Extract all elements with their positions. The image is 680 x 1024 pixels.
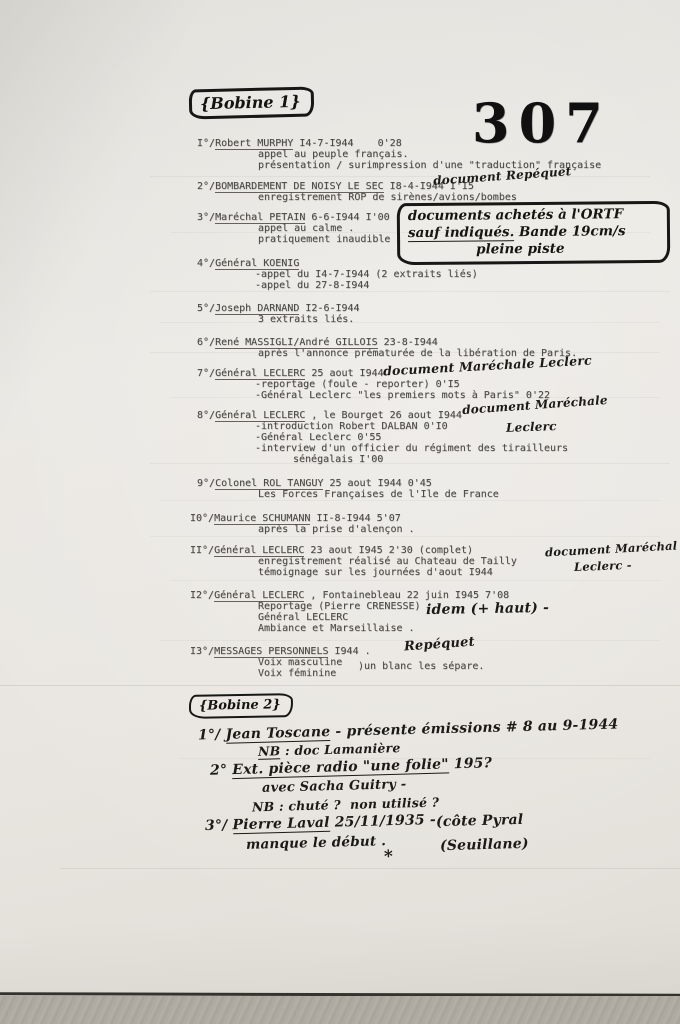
reel2-handwritten-line-7: manque le début .	[246, 833, 387, 853]
item-detail-line: enregistrement ROP de sirènes/avions/bom…	[197, 192, 517, 203]
item-rest: 23 aout I945 2'30 (complet)	[304, 545, 473, 556]
hw-text: 3°/	[205, 817, 233, 834]
hw-text: - présente émissions # 8 au 9-1944	[330, 717, 618, 741]
note-box-line: sauf indiqués. Bande 19cm/s	[408, 223, 662, 242]
hw-underlined-text: Pierre Laval	[232, 815, 330, 835]
scan-streak	[0, 685, 680, 686]
handwritten-note-box: documents achetés à l'ORTFsauf indiqués.…	[397, 201, 671, 265]
item-rest: , le Bourget 26 aout I944	[305, 410, 462, 421]
item-detail-line: -appel du 27-8-I944	[197, 280, 478, 291]
reel2-handwritten-line-6: 3°/ Pierre Laval 25/11/1935 -	[205, 812, 436, 834]
item-title-line: I0°/Maurice SCHUMANN II-8-I944 5'07	[190, 513, 415, 524]
item-title-line: 5°/Joseph DARNAND I2-6-I944	[197, 303, 360, 314]
scanned-document-page: {Bobine 1} 307 I°/Robert MURPHY I4-7-I94…	[0, 0, 680, 1024]
item-title-line: I°/Robert MURPHY I4-7-I944 0'28	[197, 138, 601, 149]
hw-underlined-text: Ext. pièce radio "une folie"	[232, 756, 449, 779]
item-detail-line: appel au peuple français.	[197, 149, 601, 160]
reel2-handwritten-line-10: (Seuillane)	[440, 836, 529, 854]
scan-streak	[160, 500, 660, 501]
item-title-line: 6°/René MASSIGLI/André GILLOIS 23-8-I944	[197, 337, 577, 348]
handwritten-annotation-4: Leclerc	[506, 419, 557, 435]
reel2-handwritten-line-9: (côte Pyral	[436, 812, 524, 830]
handwritten-annotation-6: Leclerc -	[574, 558, 632, 574]
item-rest: 25 aout I944	[305, 368, 383, 379]
item-detail-line: 3 extraits liés.	[197, 314, 360, 325]
item-rest: 23-8-I944	[378, 337, 438, 348]
handwritten-annotation-7: idem (+ haut) -	[426, 600, 549, 618]
item-detail-line: -Général Leclerc "les premiers mots à Pa…	[197, 390, 550, 401]
typed-item-14: )un blanc les sépare.	[358, 661, 484, 672]
item-detail-line: Voix masculine	[190, 657, 371, 668]
note-text: pleine piste	[476, 241, 565, 258]
item-rest: II-8-I944 5'07	[310, 513, 400, 524]
reel-2-label-box: {Bobine 2}	[189, 693, 293, 719]
item-title-line: 3°/Maréchal PETAIN 6-6-I944 I'00	[197, 212, 403, 223]
typed-item-10: I0°/Maurice SCHUMANN II-8-I944 5'07après…	[190, 513, 415, 535]
note-text: documents achetés à l'ORTF	[408, 206, 623, 224]
table-surface	[0, 996, 680, 1024]
item-detail-line: Les Forces Françaises de l'Ile de France	[197, 489, 499, 500]
item-title-line: I3°/MESSAGES PERSONNELS I944 .	[190, 646, 371, 657]
hw-underlined-text: Jean Toscane	[225, 724, 330, 744]
handwritten-annotation-5: document Maréchal	[545, 539, 678, 560]
reel2-handwritten-line-1: 1°/ Jean Toscane - présente émissions # …	[198, 717, 619, 744]
typed-item-5: 5°/Joseph DARNAND I2-6-I9443 extraits li…	[197, 303, 360, 325]
reel-1-label-box: {Bobine 1}	[189, 86, 314, 119]
item-detail-line: Voix féminine	[190, 668, 371, 679]
scan-streak	[150, 536, 660, 537]
hw-text: 195?	[449, 755, 493, 772]
scan-streak	[170, 580, 660, 581]
reel2-handwritten-line-8: *	[384, 847, 394, 867]
item-number: 7°/	[197, 368, 215, 379]
item-number: I3°/	[190, 646, 214, 657]
item-detail-line: -interview d'un officier du régiment des…	[197, 443, 568, 454]
item-title-line: II°/Général LECLERC 23 aout I945 2'30 (c…	[190, 545, 517, 556]
item-number: 9°/	[197, 478, 215, 489]
scan-streak	[150, 176, 650, 177]
item-rest: , Fontainebleau 22 juin I945 7'08	[304, 590, 509, 601]
reel-2-label: {Bobine 2}	[199, 697, 281, 713]
item-detail-line: -reportage (foule - reporter) 0'I5	[197, 379, 550, 390]
item-number: 2°/	[197, 181, 215, 192]
scan-streak	[60, 868, 680, 869]
item-number: I°/	[197, 138, 215, 149]
item-rest: I944 .	[328, 646, 370, 657]
item-detail-line: appel au calme .	[197, 223, 403, 234]
typed-item-8: 8°/Général LECLERC , le Bourget 26 aout …	[197, 410, 568, 465]
item-number: I0°/	[190, 513, 214, 524]
item-number: I2°/	[190, 590, 214, 601]
note-text: Bande 19cm/s	[514, 223, 625, 240]
item-rest: 6-6-I944 I'00	[305, 212, 389, 223]
item-number: II°/	[190, 545, 214, 556]
reel2-handwritten-line-2: NB : doc Lamanière	[258, 740, 401, 759]
hw-text: : doc Lamanière	[280, 740, 400, 758]
item-rest: 25 aout I944 0'45	[323, 478, 431, 489]
item-title-line: )un blanc les sépare.	[358, 661, 484, 672]
hw-underlined-text: NB	[258, 743, 281, 760]
item-number: 6°/	[197, 337, 215, 348]
item-rest: I2-6-I944	[299, 303, 359, 314]
note-box-line: pleine piste	[408, 240, 662, 259]
item-detail-line: témoignage sur les journées d'aout I944	[190, 567, 517, 578]
handwritten-annotation-8: Repéquet	[404, 635, 476, 655]
item-number: 5°/	[197, 303, 215, 314]
typed-item-7: 7°/Général LECLERC 25 aout I944-reportag…	[197, 368, 550, 401]
reel2-handwritten-line-3: 2° Ext. pièce radio "une folie" 195?	[210, 755, 492, 778]
typed-item-13: I3°/MESSAGES PERSONNELS I944 .Voix mascu…	[190, 646, 371, 679]
item-number: 4°/	[197, 258, 215, 269]
item-title-line: I2°/Général LECLERC , Fontainebleau 22 j…	[190, 590, 509, 601]
note-underlined-text: sauf indiqués.	[408, 224, 514, 242]
item-number: 8°/	[197, 410, 215, 421]
typed-item-3: 3°/Maréchal PETAIN 6-6-I944 I'00appel au…	[197, 212, 403, 245]
item-detail-line: après la prise d'alençon .	[190, 524, 415, 535]
typed-item-11: II°/Général LECLERC 23 aout I945 2'30 (c…	[190, 545, 517, 578]
item-title-line: 9°/Colonel ROL TANGUY 25 aout I944 0'45	[197, 478, 499, 489]
item-detail-line: sénégalais I'00	[197, 454, 568, 465]
item-detail-line: -appel du I4-7-I944 (2 extraits liés)	[197, 269, 478, 280]
reel2-handwritten-line-5: NB : chuté ? non utilisé ?	[252, 795, 440, 815]
item-detail-line: pratiquement inaudible .	[197, 234, 403, 245]
item-rest: )un blanc les sépare.	[358, 661, 484, 672]
reel-1-label: {Bobine 1}	[200, 92, 301, 113]
reel2-handwritten-line-4: avec Sacha Guitry -	[262, 777, 407, 796]
typed-item-9: 9°/Colonel ROL TANGUY 25 aout I944 0'45L…	[197, 478, 499, 500]
item-rest: I4-7-I944 0'28	[293, 138, 401, 149]
hw-text: 1°/	[198, 727, 226, 744]
hw-text: 2°	[210, 762, 233, 779]
hw-text: 25/11/1935 -	[329, 812, 436, 831]
item-detail-line: enregistrement réalisé au Chateau de Tai…	[190, 556, 517, 567]
scan-streak	[150, 291, 670, 292]
item-number: 3°/	[197, 212, 215, 223]
item-detail-line: Ambiance et Marseillaise .	[190, 623, 509, 634]
